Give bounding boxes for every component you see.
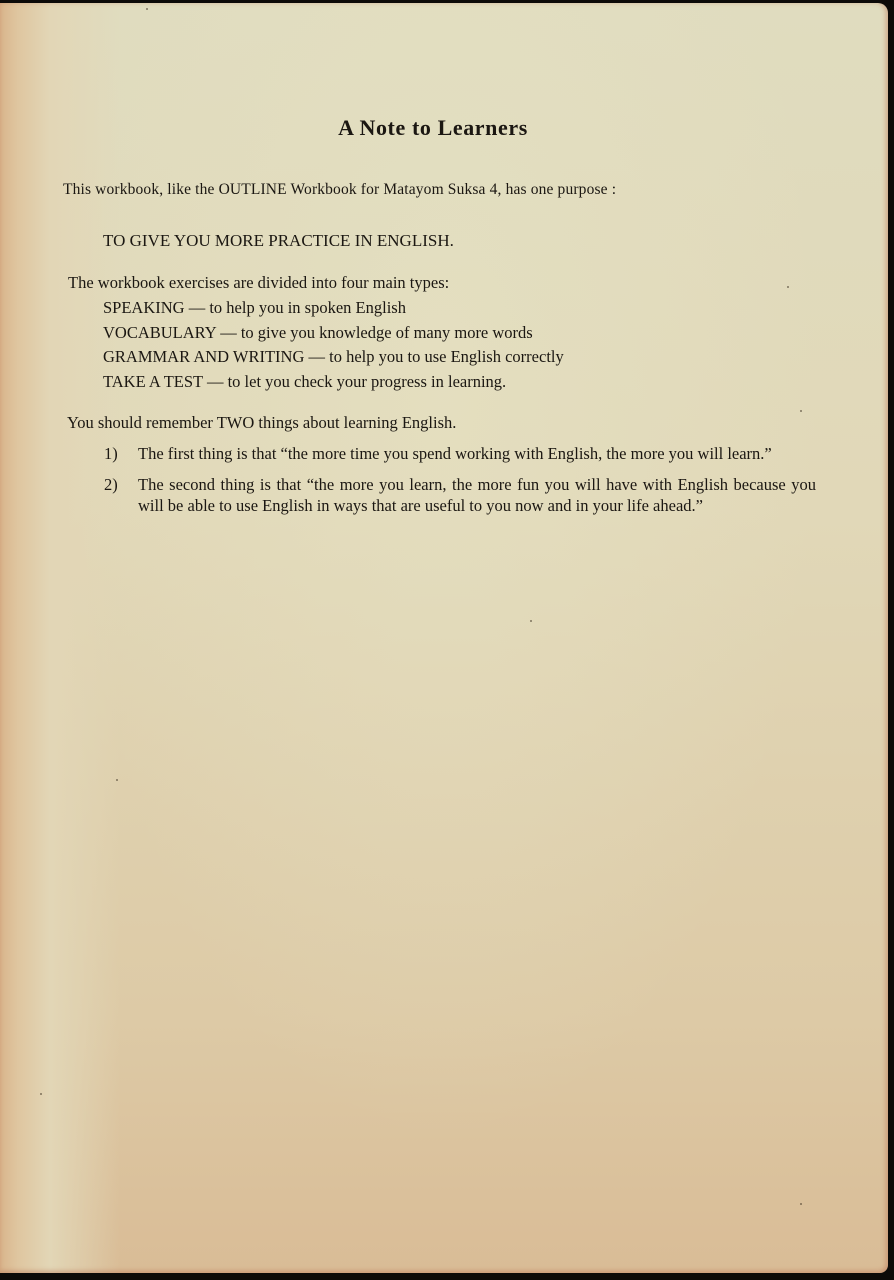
remember-point: 2) The second thing is that “the more yo…: [104, 474, 816, 516]
point-number: 1): [104, 443, 138, 464]
point-text: The second thing is that “the more you l…: [138, 474, 816, 516]
remember-intro: You should remember TWO things about lea…: [67, 413, 456, 433]
purpose-statement: TO GIVE YOU MORE PRACTICE IN ENGLISH.: [103, 231, 454, 251]
remember-point: 1) The first thing is that “the more tim…: [104, 443, 816, 464]
paper-speck: [116, 779, 118, 781]
paper-speck: [146, 8, 148, 10]
paper-speck: [787, 286, 789, 288]
remember-points-list: 1) The first thing is that “the more tim…: [104, 443, 816, 526]
paper-speck: [530, 620, 532, 622]
exercise-type-item: SPEAKING — to help you in spoken English: [103, 296, 564, 321]
exercise-type-item: GRAMMAR AND WRITING — to help you to use…: [103, 345, 564, 370]
paper-speck: [40, 1093, 42, 1095]
exercise-type-item: VOCABULARY — to give you knowledge of ma…: [103, 321, 564, 346]
exercise-types-intro: The workbook exercises are divided into …: [68, 273, 449, 293]
intro-paragraph: This workbook, like the OUTLINE Workbook…: [63, 181, 616, 199]
page-title: A Note to Learners: [0, 115, 866, 141]
exercise-type-item: TAKE A TEST — to let you check your prog…: [103, 370, 564, 395]
point-text: The first thing is that “the more time y…: [138, 443, 816, 464]
paper-speck: [800, 1203, 802, 1205]
exercise-types-list: SPEAKING — to help you in spoken English…: [103, 296, 564, 394]
workbook-page: A Note to Learners This workbook, like t…: [0, 3, 888, 1273]
point-number: 2): [104, 474, 138, 516]
paper-speck: [800, 410, 802, 412]
